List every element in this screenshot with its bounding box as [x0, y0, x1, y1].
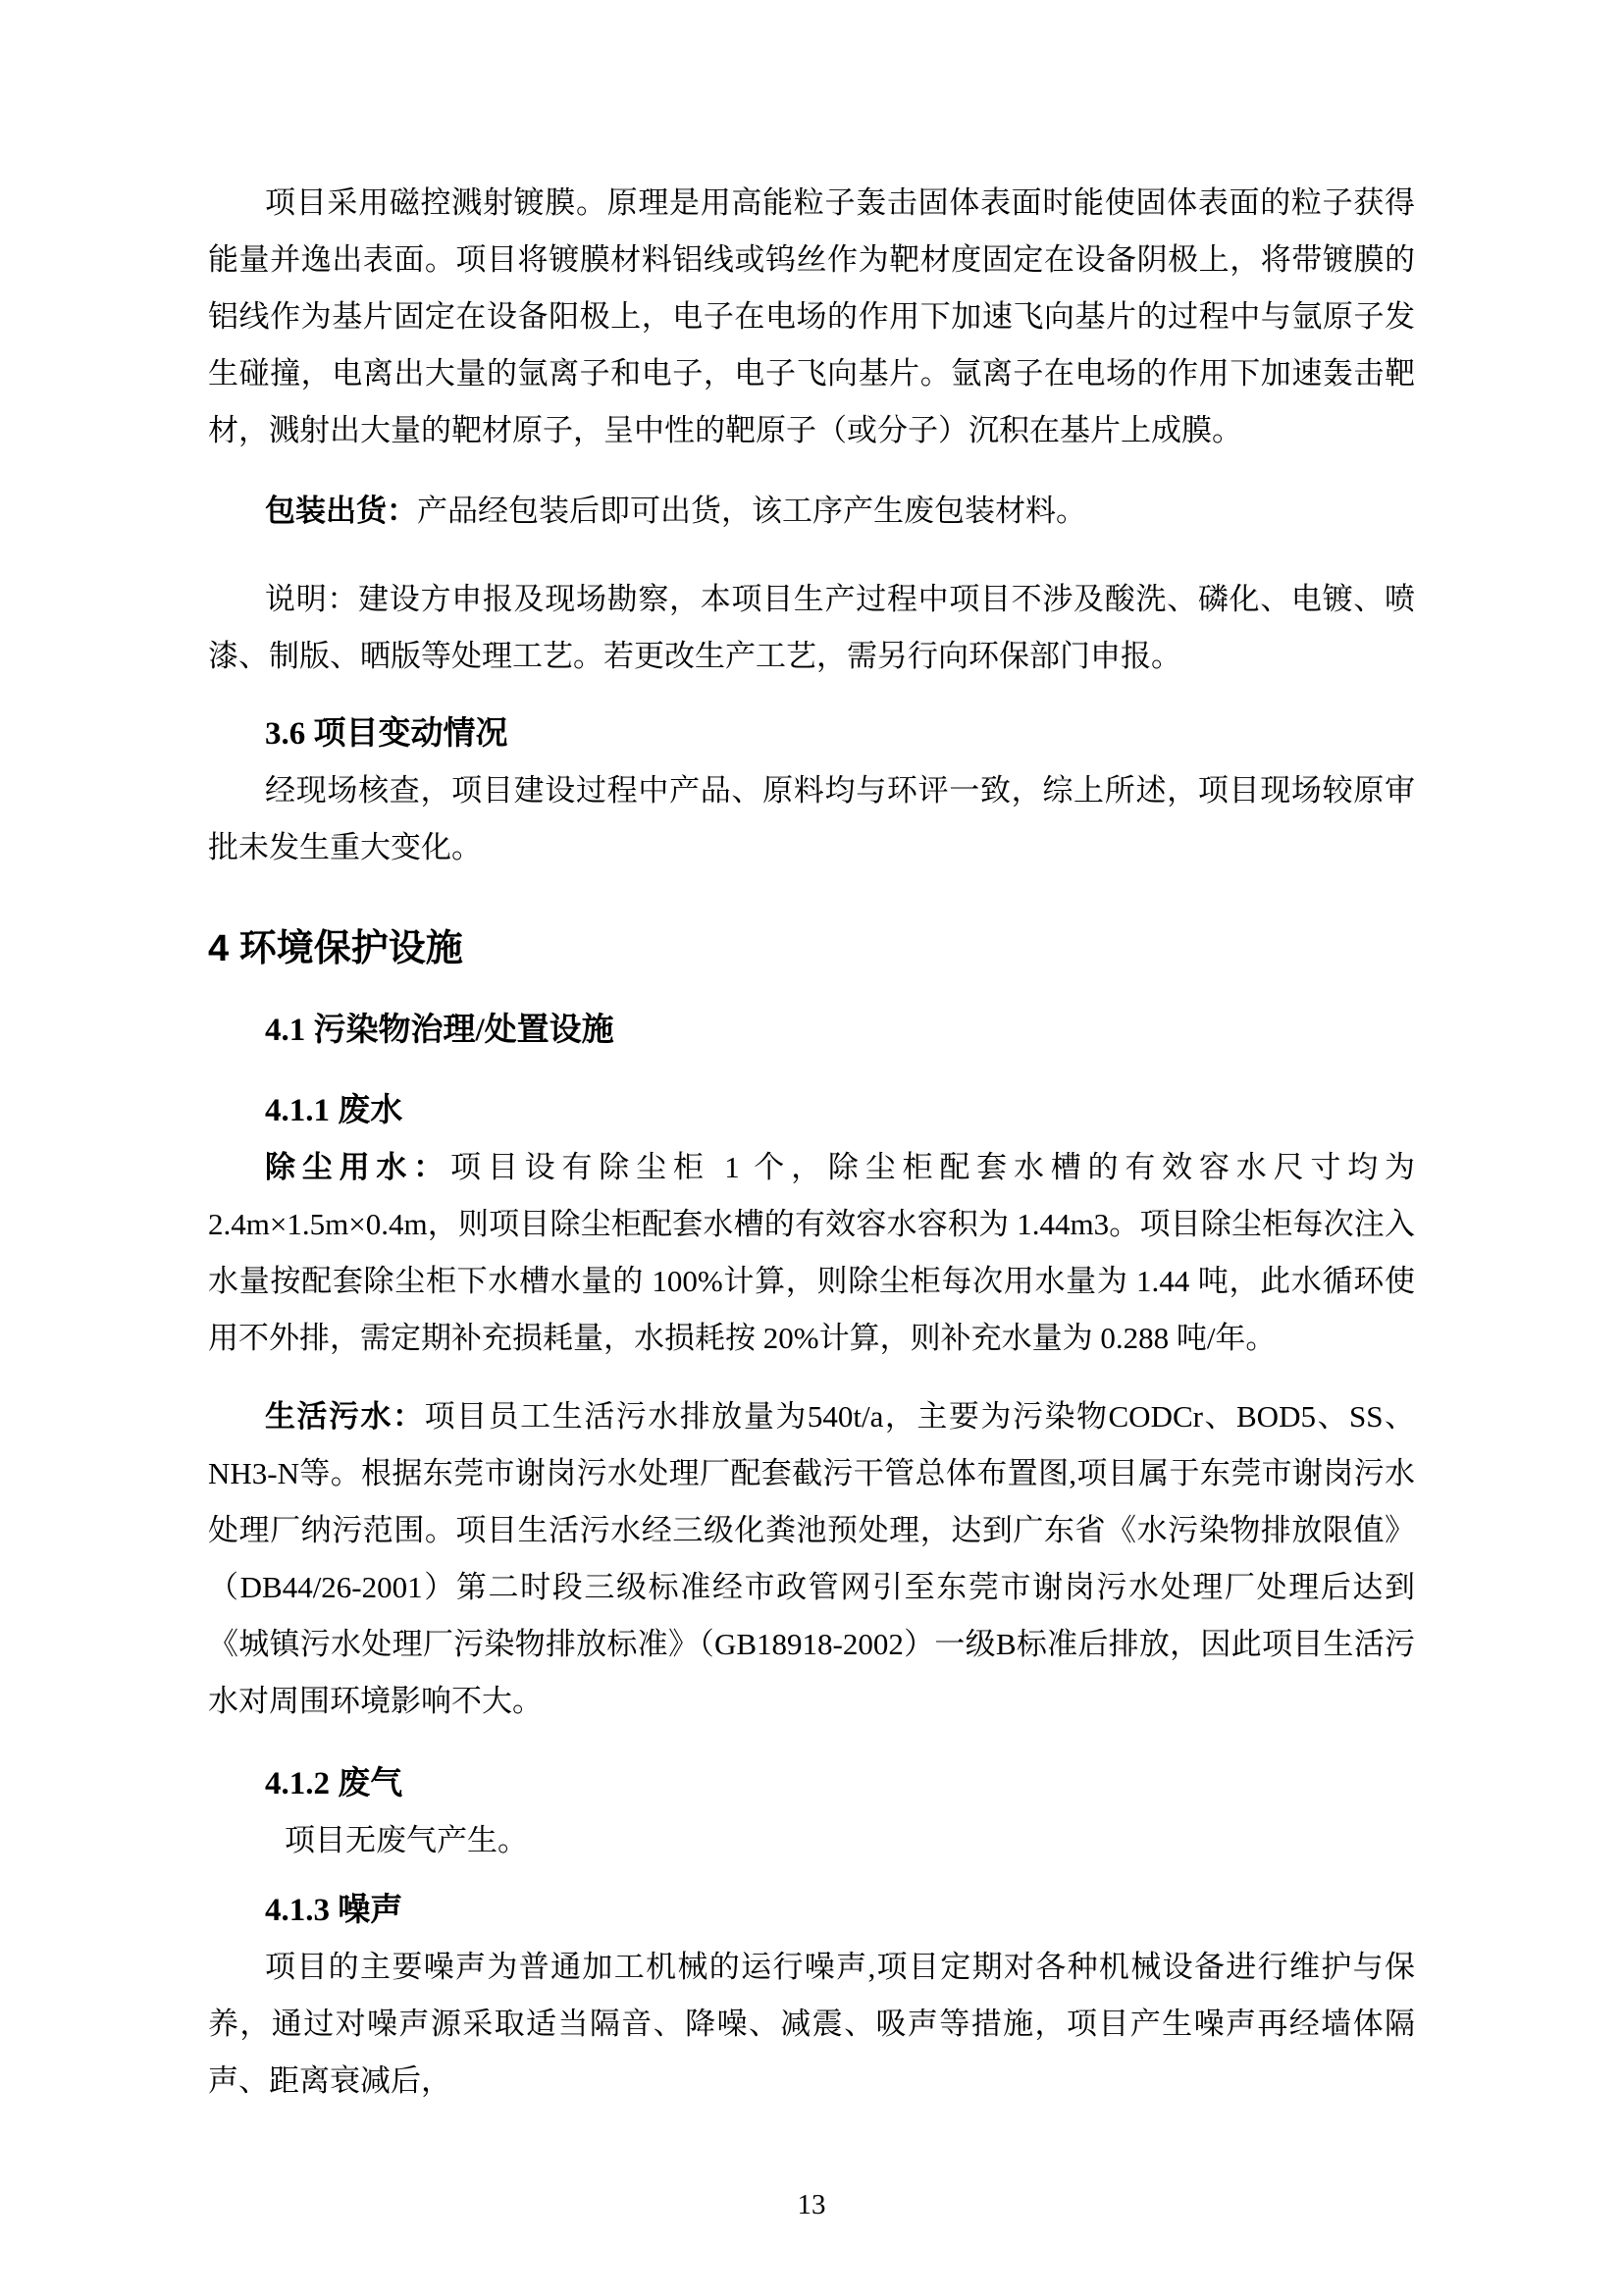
paragraph-sputtering-process: 项目采用磁控溅射镀膜。原理是用高能粒子轰击固体表面时能使固体表面的粒子获得能量并…: [208, 175, 1415, 459]
heading-3-6: 3.6 项目变动情况: [208, 705, 1415, 762]
waste-gas-text: 项目无废气产生。: [285, 1823, 528, 1857]
heading-4: 4 环境保护设施: [208, 920, 1415, 977]
dust-water-label: 除尘用水：: [265, 1150, 450, 1184]
paragraph-note: 说明：建设方申报及现场勘察，本项目生产过程中项目不涉及酸洗、磷化、电镀、喷漆、制…: [208, 571, 1415, 685]
sewage-text: 项目员工生活污水排放量为540t/a，主要为污染物CODCr、BOD5、SS、N…: [208, 1399, 1415, 1718]
paragraph-packaging: 包装出货：产品经包装后即可出货，该工序产生废包装材料。: [208, 483, 1415, 540]
packaging-label: 包装出货：: [265, 494, 417, 528]
page-number: 13: [208, 2176, 1415, 2233]
paragraph-sputtering-text: 项目采用磁控溅射镀膜。原理是用高能粒子轰击固体表面时能使固体表面的粒子获得能量并…: [208, 185, 1415, 447]
noise-text: 项目的主要噪声为普通加工机械的运行噪声,项目定期对各种机械设备进行维护与保养，通…: [208, 1950, 1415, 2098]
paragraph-waste-gas: 项目无废气产生。: [208, 1812, 1415, 1869]
document-page: 项目采用磁控溅射镀膜。原理是用高能粒子轰击固体表面时能使固体表面的粒子获得能量并…: [0, 0, 1623, 2296]
paragraph-3-6-body: 经现场核查，项目建设过程中产品、原料均与环评一致，综上所述，项目现场较原审批未发…: [208, 762, 1415, 876]
heading-4-1-1: 4.1.1 废水: [208, 1082, 1415, 1139]
paragraph-sewage: 生活污水：项目员工生活污水排放量为540t/a，主要为污染物CODCr、BOD5…: [208, 1388, 1415, 1730]
paragraph-3-6-text: 经现场核查，项目建设过程中产品、原料均与环评一致，综上所述，项目现场较原审批未发…: [208, 773, 1415, 864]
paragraph-noise: 项目的主要噪声为普通加工机械的运行噪声,项目定期对各种机械设备进行维护与保养，通…: [208, 1939, 1415, 2110]
packaging-text: 产品经包装后即可出货，该工序产生废包装材料。: [417, 494, 1086, 528]
heading-4-1-2: 4.1.2 废气: [208, 1755, 1415, 1812]
heading-4-1-3: 4.1.3 噪声: [208, 1882, 1415, 1939]
note-text: 说明：建设方申报及现场勘察，本项目生产过程中项目不涉及酸洗、磷化、电镀、喷漆、制…: [208, 582, 1415, 673]
paragraph-dust-water: 除尘用水：项目设有除尘柜 1 个，除尘柜配套水槽的有效容水尺寸均为 2.4m×1…: [208, 1139, 1415, 1367]
sewage-label: 生活污水：: [265, 1399, 425, 1434]
heading-4-1: 4.1 污染物治理/处置设施: [208, 1002, 1415, 1059]
